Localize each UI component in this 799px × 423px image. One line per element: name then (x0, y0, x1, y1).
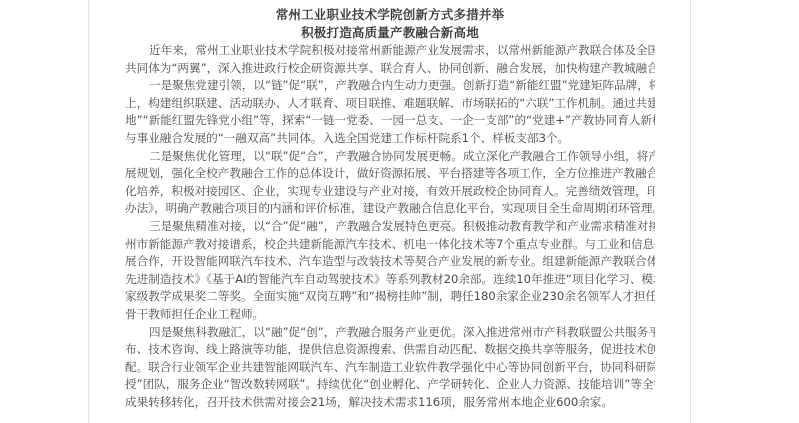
text-line: 地”“新能红盟先锋党小组”等，探索“一链一党委、一园一总支、一企一支部”的“党建… (125, 112, 655, 130)
text-line: 成果转移转化，召开技术供需对接会21场，解决技术需求116项，服务常州本地企业6… (125, 394, 655, 412)
article-frame: 常州工业职业技术学院创新方式多措并举 积极打造高质量产教融合新高地 近年来，常州… (88, 0, 691, 423)
text-line: 骨干教师担任企业工程师。 (125, 306, 655, 324)
text-line: 布、技术咨询、线上路演等功能，提供信息资源搜索、供需自动匹配、数据交换共享等服务… (125, 341, 655, 359)
article-body: 常州工业职业技术学院创新方式多措并举 积极打造高质量产教融合新高地 近年来，常州… (125, 6, 655, 411)
text-line: 近年来，常州工业职业技术学院积极对接常州新能源产业发展需求，以常州新能源产教联合… (125, 42, 655, 60)
article-title: 常州工业职业技术学院创新方式多措并举 (125, 6, 655, 24)
text-line: 展规划，强化全校产教融合工作的总体设计，做好资源拓展、平台搭建等各项工作，全方位… (125, 165, 655, 183)
text-line: 办法》，明确产教融合项目的内涵和评价标准，建设产教融合信息化平台，实现项目全生命… (125, 200, 655, 218)
paragraph-management: 二是聚焦优化管理，以“联”促“合”，产教融合协同发展更畅。成立深化产教融合工作领… (125, 148, 655, 218)
text-line: 三是聚焦精准对接，以“合”促“融”，产教融合发展特色更亮。积极推动教育教学和产业… (125, 218, 655, 236)
text-line: 共同体为“两翼”，深入推进政行校企研资源共享、联合育人、协同创新、融合发展，加快… (125, 60, 655, 78)
text-line: 二是聚焦优化管理，以“联”促“合”，产教融合协同发展更畅。成立深化产教融合工作领… (125, 148, 655, 166)
text-line: 展合作，开设智能网联汽车技术、汽车造型与改装技术等契合产业发展的新专业。组建新能… (125, 253, 655, 271)
text-line: 与事业融合发展的“一融双高”共同体。入选全国党建工作标杆院系1个、样板支部3个。 (125, 130, 655, 148)
text-line: 四是聚焦科教融汇，以“融”促“创”，产教融合服务产业更优。深入推进常州市产科教联… (125, 324, 655, 342)
text-line: 上，构建组织联建、活动联办、人才联育、项目联推、难题联解、市场联拓的“六联”工作… (125, 95, 655, 113)
text-line: 化培养，积极对接园区、企业，实现专业建设与产业对接，有效开展政校企协同育人。完善… (125, 183, 655, 201)
text-line: 先进制造技术》《基于AI的智能汽车自动驾驶技术》等系列教材20余部。连续10年推… (125, 271, 655, 289)
text-line: 配。联合行业领军企业共建智能网联汽车、汽车制造工业软件教学强化中心等协同创新平台… (125, 359, 655, 377)
text-line: 一是聚焦党建引领，以“链”促“联”，产教融合内生动力更强。创新打造“新能红盟”党… (125, 77, 655, 95)
paragraph-precise-docking: 三是聚焦精准对接，以“合”促“融”，产教融合发展特色更亮。积极推动教育教学和产业… (125, 218, 655, 324)
paragraph-intro: 近年来，常州工业职业技术学院积极对接常州新能源产业发展需求，以常州新能源产教联合… (125, 42, 655, 77)
text-line: 州市新能源产教对接谱系，校企共建新能源汽车技术、机电一体化技术等7个重点专业群。… (125, 236, 655, 254)
text-line: 授”团队，服务企业“智改数转网联”。持续优化“创业孵化、产学研转化、企业人力资源… (125, 376, 655, 394)
paragraph-party-building: 一是聚焦党建引领，以“链”促“联”，产教融合内生动力更强。创新打造“新能红盟”党… (125, 77, 655, 147)
article-subtitle: 积极打造高质量产教融合新高地 (125, 24, 655, 42)
text-line: 家级教学成果奖二等奖。全面实施“双岗互聘”和“揭榜挂帅”制，聘任180余家企业2… (125, 288, 655, 306)
paragraph-science-education: 四是聚焦科教融汇，以“融”促“创”，产教融合服务产业更优。深入推进常州市产科教联… (125, 324, 655, 412)
